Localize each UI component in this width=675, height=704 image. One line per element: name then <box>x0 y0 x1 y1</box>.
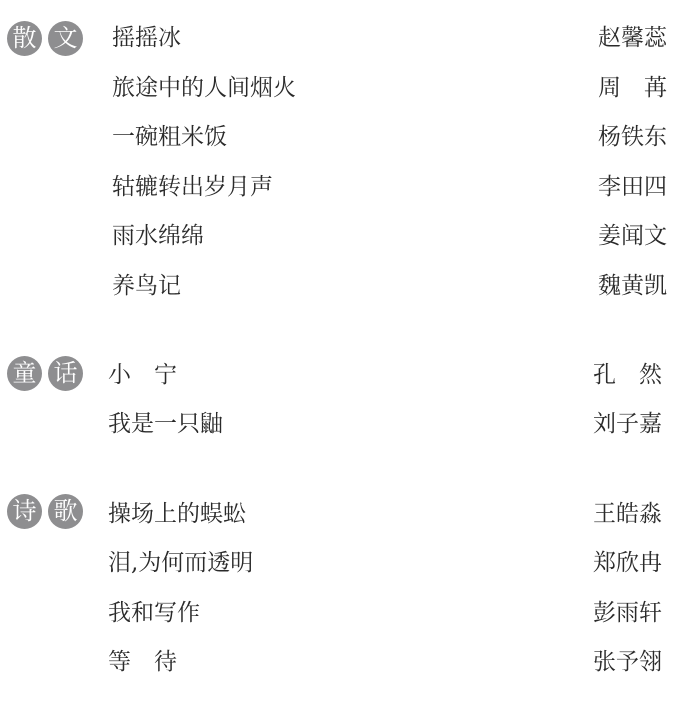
entry-author: 魏黄凯 <box>598 271 667 301</box>
entry-title: 操场上的蜈蚣 <box>108 499 246 529</box>
toc-entry[interactable]: 轱辘转出岁月声 李田四 <box>0 172 675 202</box>
entry-title: 一碗粗米饭 <box>112 122 227 152</box>
entry-author: 周 苒 <box>598 73 667 103</box>
entry-title: 我是一只鼬 <box>108 409 223 439</box>
entry-title: 泪,为何而透明 <box>108 548 253 578</box>
entry-title: 摇摇冰 <box>112 23 181 53</box>
entry-author: 杨铁东 <box>598 122 667 152</box>
entry-author: 王皓淼 <box>593 499 662 529</box>
entry-author: 姜闻文 <box>598 221 667 251</box>
entry-title: 小 宁 <box>108 360 177 390</box>
entry-author: 孔 然 <box>593 360 662 390</box>
toc-entry[interactable]: 雨水绵绵 姜闻文 <box>0 221 675 251</box>
entry-title: 我和写作 <box>108 598 200 628</box>
toc-entry[interactable]: 我和写作 彭雨轩 <box>0 598 675 628</box>
toc-entry[interactable]: 摇摇冰 赵馨蕊 <box>0 23 675 53</box>
entry-title: 养鸟记 <box>112 271 181 301</box>
entry-author: 郑欣冉 <box>593 548 662 578</box>
entry-author: 李田四 <box>598 172 667 202</box>
toc-entry[interactable]: 我是一只鼬 刘子嘉 <box>0 409 675 439</box>
toc-entry[interactable]: 等 待 张予翎 <box>0 647 675 677</box>
entry-author: 彭雨轩 <box>593 598 662 628</box>
entry-title: 雨水绵绵 <box>112 221 204 251</box>
toc-entry[interactable]: 旅途中的人间烟火 周 苒 <box>0 73 675 103</box>
toc-entry[interactable]: 泪,为何而透明 郑欣冉 <box>0 548 675 578</box>
toc-entry[interactable]: 小 宁 孔 然 <box>0 360 675 390</box>
entry-author: 刘子嘉 <box>593 409 662 439</box>
toc-entry[interactable]: 一碗粗米饭 杨铁东 <box>0 122 675 152</box>
toc-entry[interactable]: 养鸟记 魏黄凯 <box>0 271 675 301</box>
entry-author: 张予翎 <box>593 647 662 677</box>
entry-title: 等 待 <box>108 647 177 677</box>
entry-title: 轱辘转出岁月声 <box>112 172 273 202</box>
entry-author: 赵馨蕊 <box>598 23 667 53</box>
toc-entry[interactable]: 操场上的蜈蚣 王皓淼 <box>0 499 675 529</box>
entry-title: 旅途中的人间烟火 <box>112 73 296 103</box>
